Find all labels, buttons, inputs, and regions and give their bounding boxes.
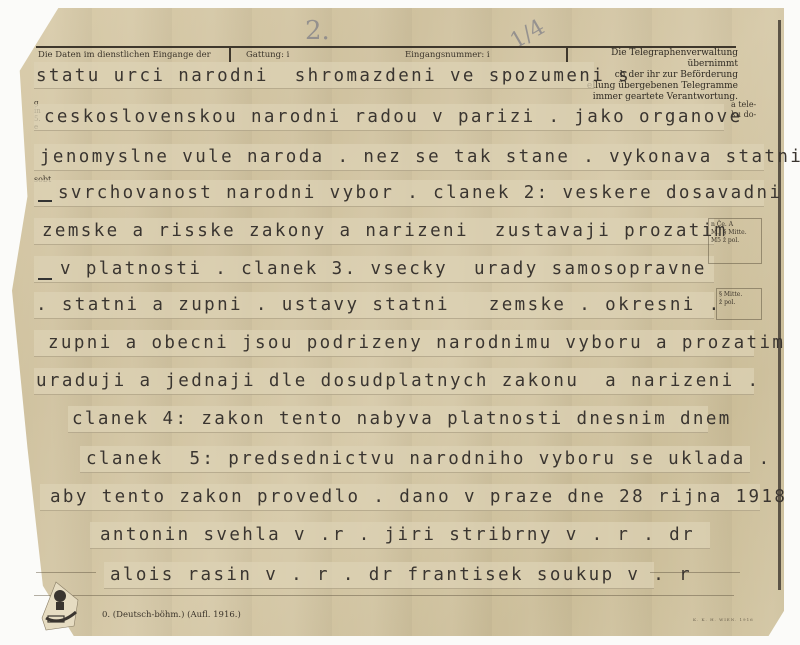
pencil-mark-number: 2. — [305, 16, 330, 46]
header-separator — [566, 48, 568, 62]
telegram-line: svrchovanost narodni vybor . clanek 2: v… — [58, 182, 782, 204]
line-start-mark — [38, 200, 52, 202]
telegram-line: jenomyslne vule naroda . nez se tak stan… — [40, 146, 800, 168]
telegram-line: ceskoslovenskou narodni radou v parizi .… — [44, 106, 743, 128]
telegram-line: aby tento zakon provedlo . dano v praze … — [50, 486, 787, 508]
fee-box: § Mitte. ž pol. — [716, 288, 762, 320]
eagle-seal-icon — [38, 578, 82, 632]
telegram-line: v platnosti . clanek 3. vsecky urady sam… — [60, 258, 707, 280]
fee-box-line: § Mitte. — [719, 291, 759, 299]
telegram-line: alois rasin v . r . dr frantisek soukup … — [110, 564, 692, 586]
telegram-line: zupni a obecni jsou podrizeny narodnimu … — [48, 332, 785, 354]
telegram-line: clanek 5: predsednictvu narodniho vyboru… — [86, 448, 772, 470]
telegram-line: zemske a risske zakony a narizeni zustav… — [42, 220, 728, 242]
telegram-line: uraduji a jednaji dle dosudplatnych zako… — [36, 370, 760, 392]
line-start-mark — [38, 278, 52, 280]
header-field-number: Eingangsnummer: i — [405, 50, 490, 60]
printer-mark: K. K. H. WIEN. 1916 — [693, 617, 754, 622]
notice-line: immer geartete Verantwortung. — [574, 92, 738, 103]
form-rule — [34, 595, 734, 596]
telegram-line: antonin svehla v .r . jiri stribrny v . … — [100, 524, 695, 546]
telegram-line: statu urci narodni shromazdeni ve spozum… — [36, 65, 631, 87]
header-field-receipt: Die Daten im dienstlichen Eingange der — [38, 50, 211, 60]
telegram-line: . statni a zupni . ustavy statni zemske … — [36, 294, 722, 316]
fee-box-line: ž pol. — [719, 299, 759, 307]
header-separator — [229, 48, 231, 62]
telegram-line: clanek 4: zakon tento nabyva platnosti d… — [72, 408, 732, 430]
form-rule — [36, 572, 96, 573]
form-footer: 0. (Deutsch-böhm.) (Aufl. 1916.) — [102, 610, 241, 620]
header-field-type: Gattung: i — [246, 50, 289, 60]
